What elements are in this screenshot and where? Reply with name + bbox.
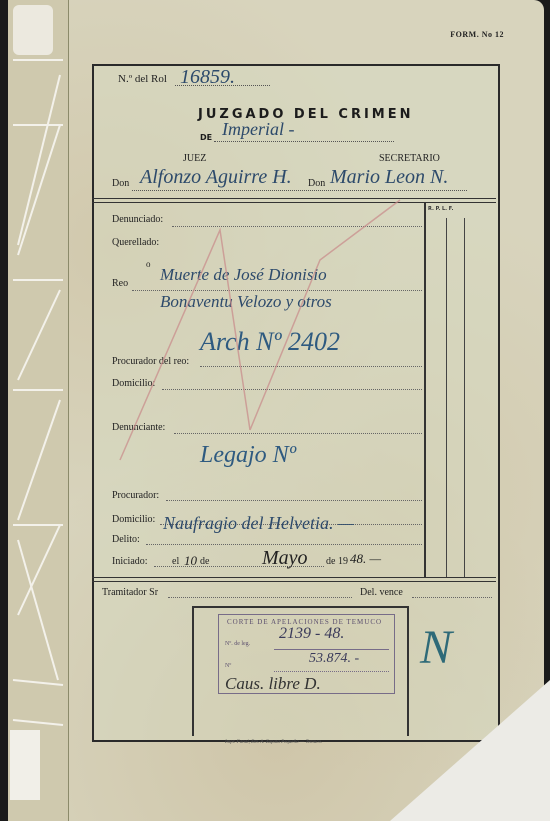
printer-imprint: Impr. Fanal, Em. A. Zapata Pequeño — Tem… — [225, 740, 322, 745]
domicilio-label-2: Domicilio: — [112, 514, 155, 525]
denunciado-label: Denunciado: — [112, 214, 163, 225]
procurador-reo-label: Procurador del reo: — [112, 356, 189, 367]
de-label: DE — [200, 133, 212, 142]
reo-value-line1: Muerte de José Dionisio — [160, 265, 327, 285]
iniciado-de-year: de 19 — [326, 556, 348, 567]
delito-value: Naufragio del Helvetia. — — [163, 513, 354, 534]
secretario-value: Mario Leon N. — [330, 166, 448, 189]
bound-spine — [8, 0, 69, 821]
don-line — [132, 190, 467, 191]
iniciado-de: de — [200, 556, 209, 567]
querellado-label: Querellado: — [112, 237, 159, 248]
don-juez-label: Don — [112, 178, 129, 189]
juez-label: JUEZ — [183, 153, 206, 164]
secretario-label: SECRETARIO — [379, 153, 440, 164]
iniciado-label: Iniciado: — [112, 556, 148, 567]
de-line — [214, 141, 394, 142]
binding-thread-icon — [8, 0, 68, 821]
domicilio-label-1: Domicilio: — [112, 378, 155, 389]
denunciante-label: Denunciante: — [112, 422, 165, 433]
archive-number-annotation: Arch Nº 2402 — [200, 327, 340, 357]
form-number: FORM. No 12 — [450, 30, 504, 39]
side-column-header: R. P. L. F. — [428, 206, 453, 212]
iniciado-month: Mayo — [262, 547, 308, 570]
side-column — [424, 203, 498, 578]
stamp-leg-value: 2139 - 48. — [279, 625, 344, 643]
court-location-value: Imperial - — [222, 119, 294, 140]
legajo-annotation: Legajo Nº — [200, 442, 296, 469]
rol-value: 16859. — [180, 66, 235, 89]
tramitador-label: Tramitador Sr — [102, 587, 158, 598]
reo-label: Reo — [112, 278, 128, 289]
delito-label: Delito: — [112, 534, 140, 545]
stamp-no-label: Nº — [225, 663, 231, 669]
don-secretario-label: Don — [308, 178, 325, 189]
iniciado-day: 10 — [184, 553, 197, 569]
juez-value: Alfonzo Aguirre H. — [140, 166, 292, 189]
iniciado-el: el — [172, 556, 179, 567]
stamp-no-value: 53.874. - — [309, 651, 359, 667]
initials-annotation: N — [420, 620, 452, 675]
del-vence-label: Del. vence — [360, 587, 403, 598]
section-divider-2 — [92, 577, 496, 582]
iniciado-year: 48. — — [350, 551, 381, 567]
rol-label: N.º del Rol — [118, 73, 167, 85]
stamp-note: Caus. libre D. — [225, 674, 321, 694]
reo-value-line2: Bonaventu Velozo y otros — [160, 292, 332, 312]
o-label: o — [146, 259, 151, 269]
stamp-leg-label: Nº. de leg. — [225, 641, 250, 647]
procurador-label: Procurador: — [112, 490, 159, 501]
